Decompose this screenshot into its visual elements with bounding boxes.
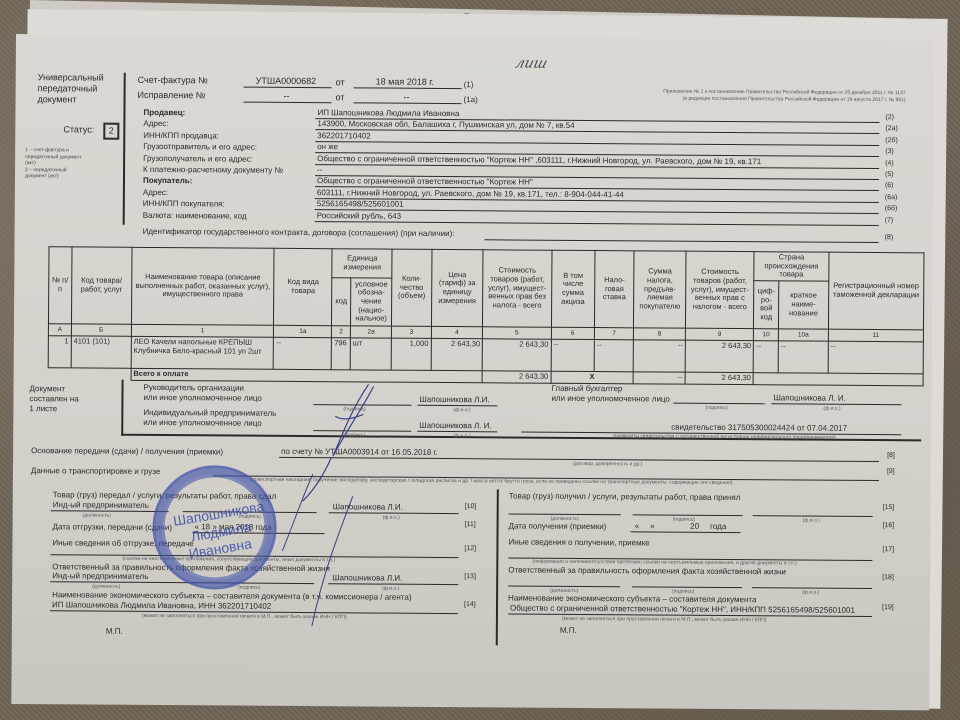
cell-country-name: -- [778, 341, 828, 373]
party-value: он же [317, 142, 338, 151]
buyer-mp: М.П. [560, 626, 577, 635]
party-ref: (7) [885, 217, 894, 224]
invoice-label: Счет-фактура № [138, 75, 208, 85]
ref-17: [17] [882, 546, 894, 553]
appendix-note: Приложение № 1 к постановлению Правитель… [596, 88, 906, 104]
total-cost-no-tax: 2 643,30 [482, 371, 550, 383]
from-label: от [336, 92, 345, 102]
sign-divider [121, 380, 123, 436]
party-label: Адрес: [143, 188, 168, 197]
contract-id-field [485, 229, 879, 243]
col-qty: Коли- чество (объем) [392, 249, 432, 326]
index-cell: 2 [332, 326, 351, 338]
upd-document: Универсальныйпередаточныйдокумент Статус… [11, 34, 934, 710]
col-tax-sum: Сумма налога, предъяв- ляемая покупателю [634, 251, 686, 328]
col-price: Цена (тариф) за единицу измерения [431, 249, 483, 326]
index-cell: 1а [274, 325, 332, 337]
col-country-name: краткое наиме- нование [779, 281, 829, 329]
party-ref: (6б) [885, 205, 898, 212]
status-label: Статус: [63, 124, 94, 134]
party-label: Продавец: [143, 108, 185, 117]
party-ref: (6) [885, 182, 894, 189]
caption: (ф.и.о.) [453, 407, 470, 413]
status-legend: 1 – счет-фактура ипередаточный документ(… [25, 147, 81, 180]
correction-number-field: -- [244, 91, 332, 104]
col-cost-no-tax: Стоимость товаров (работ, услуг), имущес… [483, 250, 552, 327]
party-value: -- [317, 165, 322, 174]
party-label: Покупатель: [143, 176, 192, 185]
buyer-divider [496, 489, 499, 645]
cell-unit-name: шт [350, 338, 392, 370]
caption: (подпись) [705, 405, 727, 411]
cell-excise: -- [551, 339, 595, 371]
col-kind-code: Код вида товара [274, 248, 332, 325]
party-ref: (6а) [885, 194, 898, 201]
basis-label: Основание передачи (сдачи) / получения (… [31, 446, 223, 456]
index-cell: 2а [350, 326, 391, 338]
col-tax-rate: Нало- говая ставка [594, 251, 634, 328]
goods-table: № п/п Код товара/ работ, услуг Наименова… [48, 246, 925, 386]
index-cell: 5 [483, 327, 551, 339]
buyer-position-field[interactable] [509, 503, 621, 515]
index-cell: 4 [431, 326, 483, 338]
status-value: 2 [103, 123, 119, 140]
cell-cost-no-tax: 2 643,30 [482, 339, 550, 371]
caption: (реквизиты свидетельства о государственн… [613, 433, 836, 441]
buyer-entity-label: Наименование экономического субъекта – с… [508, 593, 756, 604]
buyer-signature-field[interactable] [633, 504, 743, 516]
buyer-resp-name-field[interactable] [752, 577, 872, 589]
col-country-group: Страна происхождения товара [754, 252, 829, 281]
col-name: Наименование товара (описание выполненны… [131, 247, 274, 325]
correction-label: Исправление № [138, 90, 206, 100]
ref-1a: (1а) [464, 95, 478, 104]
ref-8: (8) [885, 234, 894, 241]
party-value: 5256165498/525601001 [317, 199, 404, 209]
party-label: Грузополучатель и его адрес: [143, 153, 253, 163]
party-value: Общество с ограниченной ответственностью… [317, 176, 533, 187]
caption: (ф.и.о.) [803, 518, 820, 524]
caption: (должность) [83, 512, 111, 518]
caption: (может не заполняться при проставлении п… [562, 616, 767, 623]
seller-mp: М.П. [106, 627, 123, 636]
received-label: Товар (груз) получил / услуги, результат… [509, 491, 741, 502]
ref-11: [11] [465, 521, 476, 528]
col-unit-group: Единица измерения [332, 249, 392, 278]
party-value: ИП Шапошникова Людмила Ивановна [317, 108, 459, 118]
party-label: Грузоотправитель и его адрес: [143, 142, 257, 152]
ref-13: [13] [464, 573, 476, 580]
caption: (ф.и.о.) [802, 590, 819, 596]
contract-id-label: Идентификатор государственного контракта… [143, 227, 455, 238]
party-value: 362201710402 [317, 131, 370, 140]
index-cell: Б [71, 324, 131, 336]
party-ref: (2) [885, 114, 894, 121]
index-cell: 11 [828, 329, 923, 342]
party-value: Российский рубль, 643 [317, 211, 401, 221]
ref-8b: [8] [887, 452, 895, 459]
buyer-name-field[interactable] [753, 505, 873, 517]
buyer-other-label: Иные сведения о получении, приемке [508, 537, 649, 547]
handwritten-signature [272, 376, 434, 637]
receive-date-label: Дата получения (приемки) [509, 521, 607, 531]
ref-18: [18] [882, 574, 894, 581]
index-cell: 7 [594, 327, 633, 339]
ip-label: Индивидуальный предпринимательили иное у… [143, 408, 276, 429]
caption: (ф.и.о.) [823, 406, 840, 412]
index-cell: 9 [685, 328, 753, 340]
transport-label: Данные о транспортировке и грузе [31, 466, 160, 476]
cell-tax-rate: -- [594, 339, 634, 371]
receive-date-field[interactable]: « » 20 года [631, 521, 741, 533]
cell-num: 1 [48, 336, 71, 368]
caption: (должность) [92, 584, 120, 590]
col-country-code: циф- ро- вой код [754, 281, 779, 329]
buyer-resp-signature-field[interactable] [632, 576, 742, 588]
cell-cost-with-tax: 2 643,30 [685, 340, 753, 372]
party-ref: (2б) [885, 137, 898, 144]
index-cell: 6 [551, 327, 595, 339]
party-label: Валюта: наименование, код [143, 210, 247, 220]
col-num: № п/п [48, 247, 71, 324]
handwritten-note: лиш [514, 56, 550, 72]
accountant-label: Главный бухгалтерили иное уполномоченное… [551, 384, 670, 405]
table-header-row: № п/п Код товара/ работ, услуг Наименова… [49, 247, 924, 282]
total-tax-sum: -- [633, 372, 685, 384]
head-label: Руководитель организацииили иное уполном… [143, 383, 262, 404]
caption: (договор, доверенность и др.) [573, 461, 643, 467]
ref-12: [12] [464, 545, 476, 552]
party-ref: (4) [885, 160, 894, 167]
party-label: Адрес: [143, 119, 168, 128]
col-unit-name: условное обозна- чение (нацио- нальное) [350, 278, 392, 326]
doc-type-title: Универсальныйпередаточныйдокумент [38, 72, 104, 105]
pages-note: Документсоставлен на1 листе [29, 384, 78, 414]
cell-tax-sum: -- [633, 340, 685, 372]
total-excise: X [551, 371, 634, 383]
party-ref: (2а) [885, 125, 898, 132]
cell-country-code: -- [753, 341, 778, 373]
party-ref: (3) [885, 148, 894, 155]
col-excise: В том числе сумма акциза [551, 250, 595, 327]
index-cell: 1 [131, 324, 274, 337]
correction-date-field: -- [354, 91, 462, 104]
buyer-responsible-label: Ответственный за правильность оформления… [508, 565, 786, 576]
party-value: Общество с ограниченной ответственностью… [317, 154, 761, 166]
caption: (ф.и.о.) [453, 433, 470, 439]
left-divider [123, 73, 126, 225]
index-cell: 10а [778, 329, 828, 341]
cell-price: 2 643,30 [431, 338, 483, 370]
party-ref: (5) [885, 171, 894, 178]
from-label: от [336, 77, 345, 87]
cell-code: 4101 (101) [71, 336, 131, 368]
ref-14: [14] [464, 601, 476, 608]
col-customs: Регистрационный номер таможенной деклара… [828, 252, 924, 330]
ref-16: [16] [883, 522, 895, 529]
cell-customs: -- [828, 341, 924, 374]
col-cost-with-tax: Стоимость товаров (работ, услуг), имущес… [685, 251, 754, 328]
ref-15: [15] [883, 504, 895, 511]
invoice-number-field: УТШA0000682 [244, 76, 332, 89]
party-label: К платежно-расчетному документу № [143, 165, 283, 175]
accountant-signature-field[interactable] [673, 393, 765, 405]
col-unit-code: код [332, 278, 351, 326]
ref-1: (1) [464, 80, 474, 89]
ref-10: [10] [465, 503, 477, 510]
seller-position-field: Инд-ый предприниматель [51, 500, 169, 512]
party-label: ИНН/КПП покупателя: [143, 199, 225, 209]
index-cell: 3 [392, 326, 431, 338]
cell-kind-code: -- [274, 337, 332, 369]
index-cell: 8 [634, 328, 686, 340]
index-cell: А [48, 324, 71, 336]
cell-name: ЛЕО Качели напольные КРЕПЫШ Клубничка Бе… [131, 336, 274, 369]
party-value: 603111, г.Нижний Новгород, ул. Раевского… [317, 188, 624, 199]
party-value: 143900, Московская обл, Балашиха г, Пушк… [317, 119, 574, 130]
caption: (подпись) [238, 585, 260, 591]
total-cost-with-tax: 2 643,30 [685, 372, 753, 384]
ref-19: [19] [882, 604, 894, 611]
buyer-resp-position-field[interactable] [508, 575, 620, 587]
accountant-name-field: Шапошникова Л. И. [771, 393, 901, 405]
party-label: ИНН/КПП продавца: [143, 131, 219, 141]
invoice-date-field: 18 мая 2018 г. [354, 76, 462, 89]
cell-qty: 1,000 [391, 338, 431, 370]
col-code: Код товара/ работ, услуг [71, 247, 132, 324]
index-cell: 10 [754, 329, 779, 341]
cell-unit-code: 796 [332, 338, 351, 370]
ref-9: [9] [887, 468, 895, 475]
